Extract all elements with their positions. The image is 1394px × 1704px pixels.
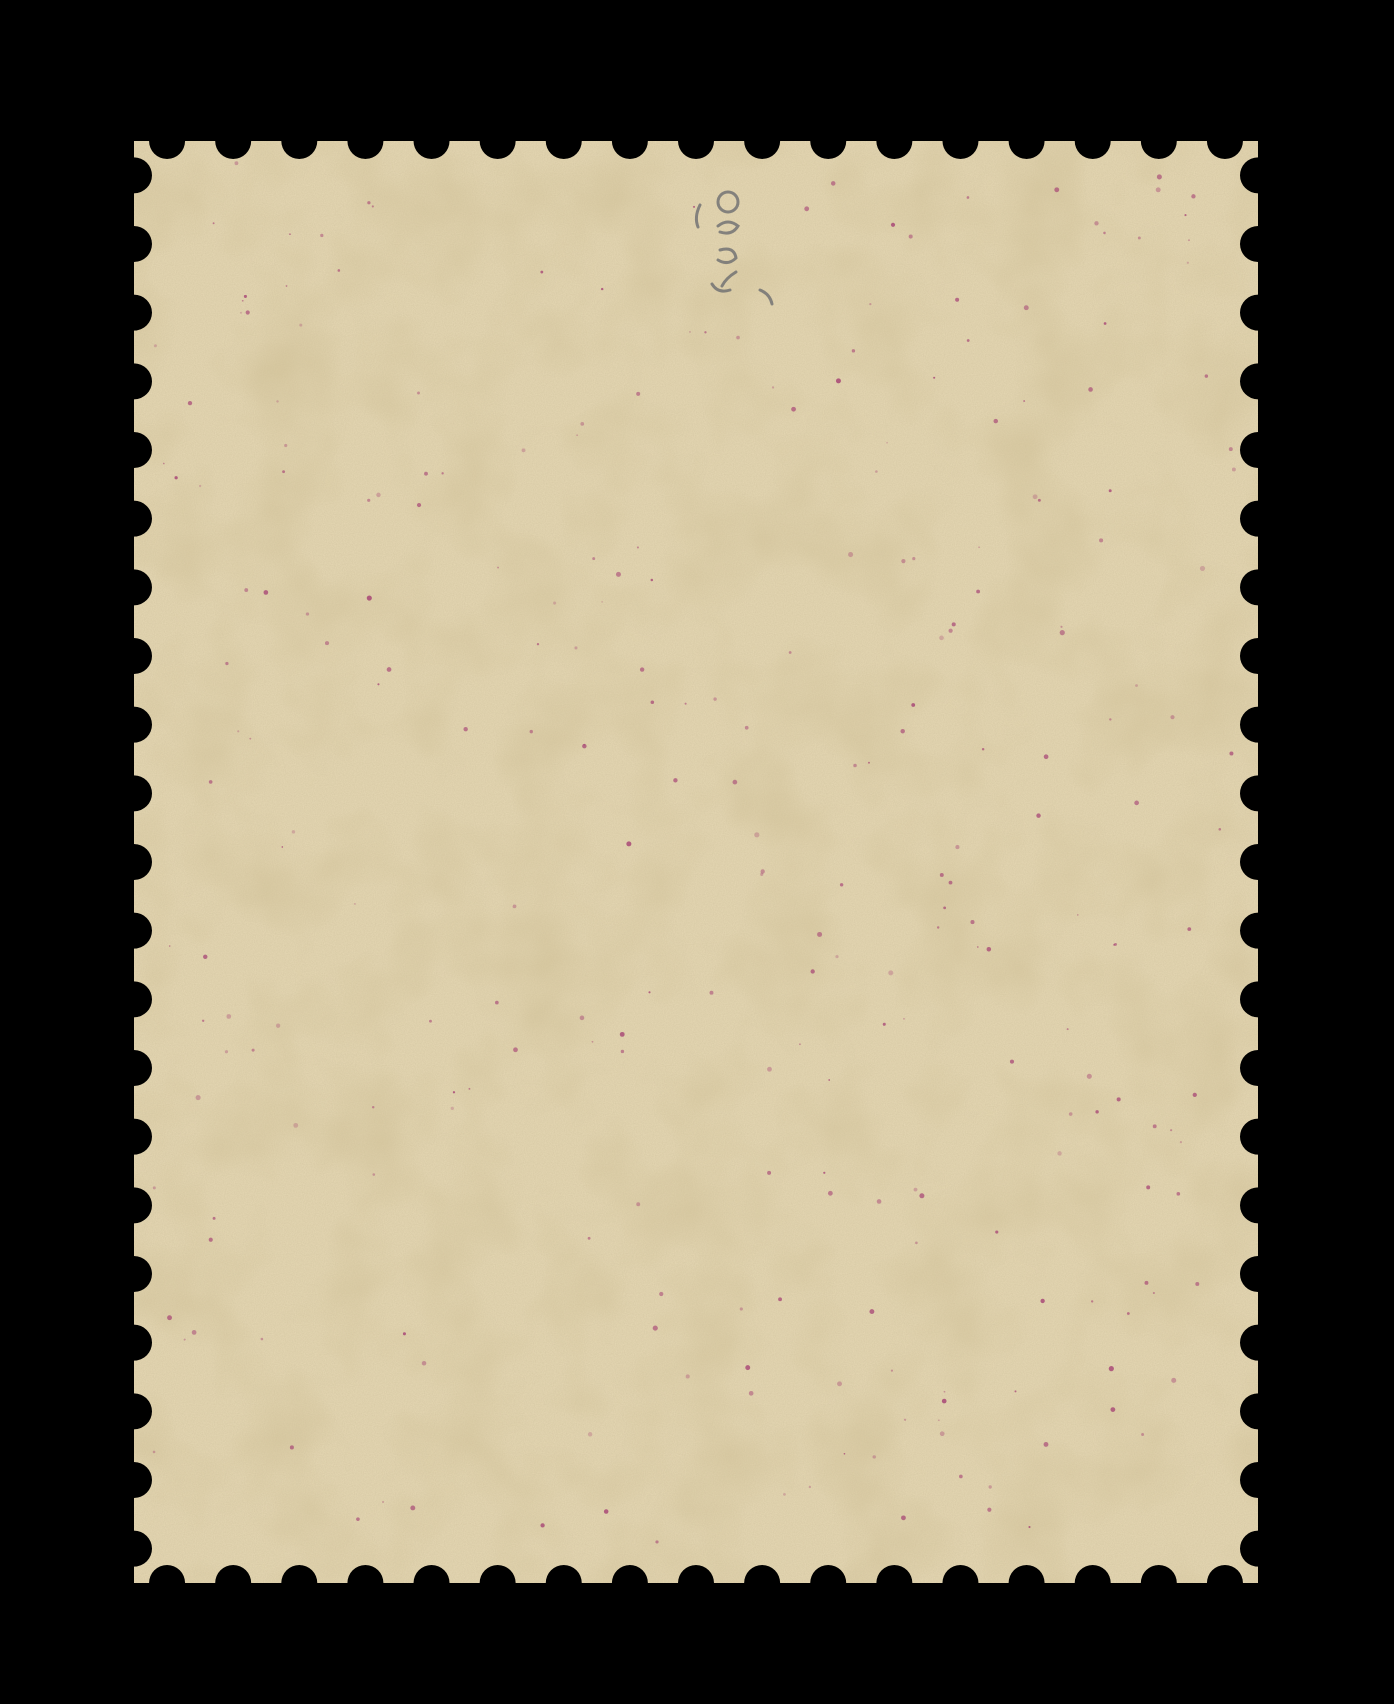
stamp-photo [0, 0, 1394, 1704]
stamp-back-graphic [0, 0, 1394, 1704]
paper-shading [120, 130, 1270, 1600]
